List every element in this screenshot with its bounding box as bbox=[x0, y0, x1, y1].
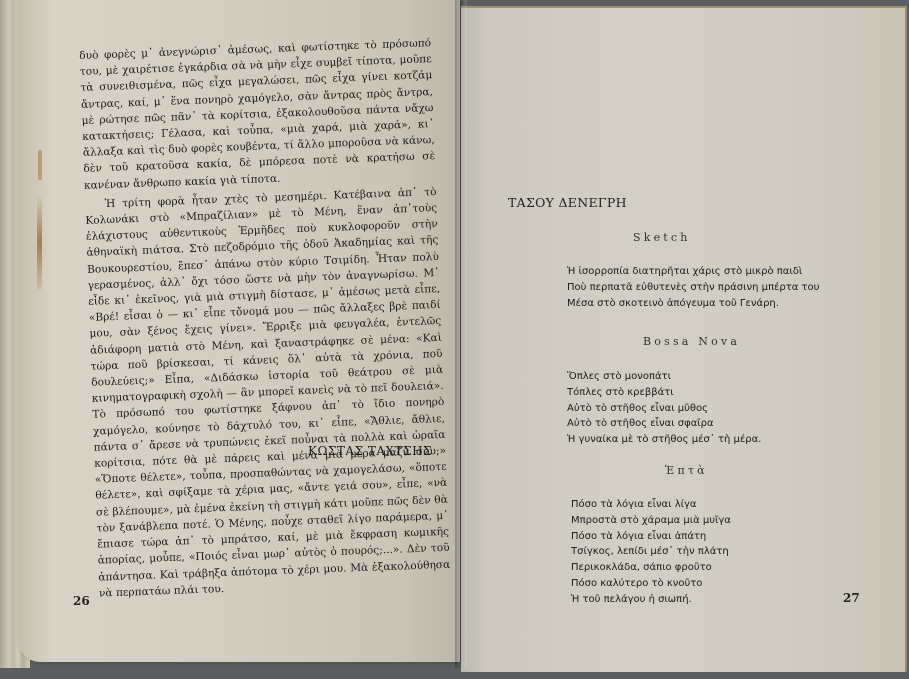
poem-line: Μπροστὰ στὸ χάραμα μιὰ μυῖγα bbox=[571, 513, 731, 529]
poem-line: Πόσο τὰ λόγια εἶναι ἀπάτη bbox=[571, 529, 731, 545]
poem-line: Ὅπλες στὸ μονοπάτι bbox=[567, 369, 761, 385]
paper-stain bbox=[38, 150, 42, 180]
poem-line: Περικοκλάδα, σάπιο φροῦτο bbox=[571, 560, 731, 576]
poem-body: Ὅπλες στὸ μονοπάτι Τόπλες στὸ κρεββάτι Α… bbox=[567, 369, 761, 448]
poem-body: Ἡ ἰσορροπία διατηρῆται χάρις στὸ μικρὸ π… bbox=[567, 264, 819, 311]
paragraph: δυὸ φορὲς μ᾿ ἀνεγνώρισ᾿ ἀμέσως, καὶ φωτί… bbox=[79, 35, 436, 194]
prose-text: δυὸ φορὲς μ᾿ ἀνεγνώρισ᾿ ἀμέσως, καὶ φωτί… bbox=[79, 35, 451, 601]
poem-line: Μέσα στὸ σκοτεινὸ ἀπόγευμα τοῦ Γενάρη. bbox=[567, 296, 819, 312]
poem-line: Ἡ ἰσορροπία διατηρῆται χάρις στὸ μικρὸ π… bbox=[567, 264, 819, 280]
poem-body: Πόσο τὰ λόγια εἶναι λίγα Μπροστὰ στὸ χάρ… bbox=[571, 497, 731, 608]
page-number: 26 bbox=[73, 594, 90, 608]
poem-line: Πόσο καλύτερο τὸ κνοῦτο bbox=[571, 576, 731, 592]
poem-line: Πόσο τὰ λόγια εἶναι λίγα bbox=[571, 497, 731, 513]
page-number: 27 bbox=[843, 591, 860, 605]
poem-title: Ἑπτὰ bbox=[665, 464, 708, 477]
poet-name: ΤΑΣΟΥ ΔΕΝΕΓΡΗ bbox=[508, 195, 627, 210]
book-gutter bbox=[455, 0, 467, 668]
author-signature: ΚΩΣΤΑΣ ΤΑΧΤΣΗΣ bbox=[308, 444, 432, 458]
poem-line: Ἡ τοῦ πελάγου ἡ σιωπή. bbox=[571, 592, 731, 608]
poem-line: Τόπλες στὸ κρεββάτι bbox=[567, 385, 761, 401]
poem-title: Bossa Nova bbox=[643, 335, 740, 348]
paper-stain bbox=[37, 195, 42, 290]
poem-title: Sketch bbox=[633, 231, 691, 244]
poem-line: Ἡ γυναίκα μὲ τὸ στῆθος μέσ᾿ τὴ μέρα. bbox=[567, 432, 761, 448]
poem-line: Αὐτὸ τὸ στῆθος εἶναι μῦθος bbox=[567, 401, 761, 417]
poem-line: Αὐτὸ τὸ στῆθος εἶναι σφαῖρα bbox=[567, 416, 761, 432]
paragraph: Ἡ τρίτη φορὰ ἦταν χτὲς τὸ μεσημέρι. Κατέ… bbox=[84, 184, 451, 602]
poem-line: Τσίγκος, λεπίδι μέσ᾿ τὴν πλάτη bbox=[571, 544, 731, 560]
poem-line: Ποὺ περπατᾶ εὐθυτενὲς στὴν πράσινη μπέρτ… bbox=[567, 280, 819, 296]
